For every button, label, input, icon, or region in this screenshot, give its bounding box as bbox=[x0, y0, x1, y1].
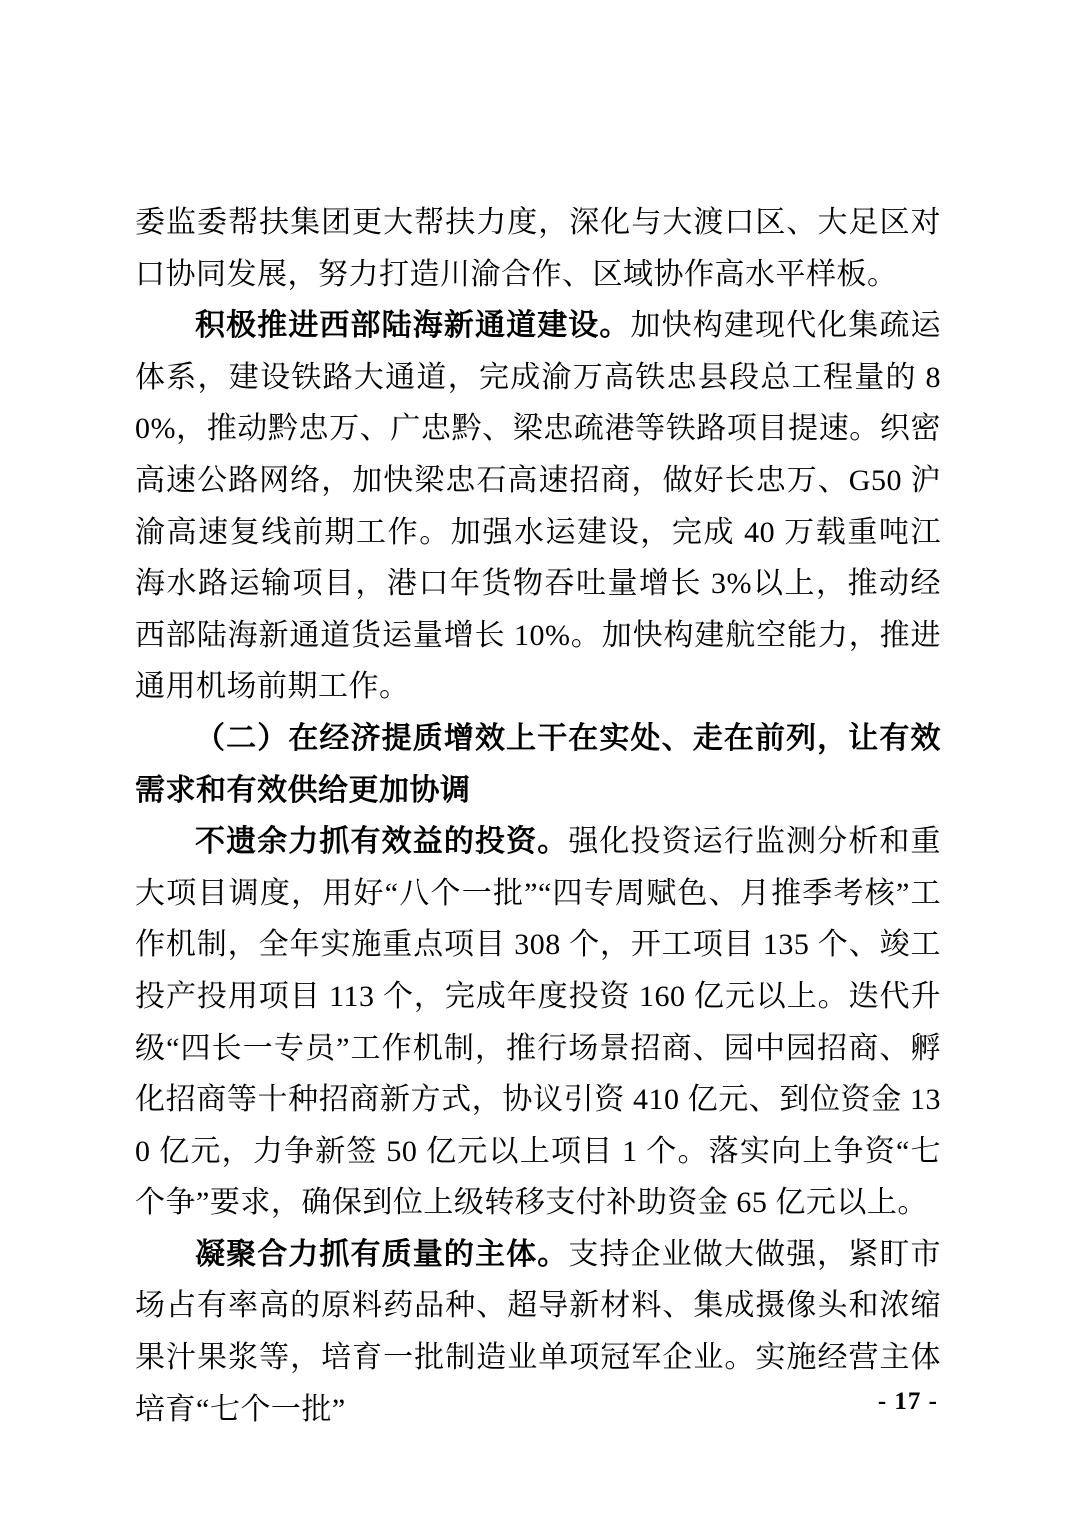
section-heading: （二）在经济提质增效上干在实处、走在前列，让有效需求和有效供给更加协调 bbox=[135, 713, 941, 816]
paragraph: 不遗余力抓有效益的投资。强化投资运行监测分析和重大项目调度，用好“八个一批”“四… bbox=[135, 816, 941, 1229]
paragraph-continuation: 委监委帮扶集团更大帮扶力度，深化与大渡口区、大足区对口协同发展，努力打造川渝合作… bbox=[135, 197, 941, 300]
paragraph-text: 委监委帮扶集团更大帮扶力度，深化与大渡口区、大足区对口协同发展，努力打造川渝合作… bbox=[135, 206, 941, 291]
section-heading-text: （二）在经济提质增效上干在实处、走在前列，让有效需求和有效供给更加协调 bbox=[135, 722, 941, 807]
paragraph: 凝聚合力抓有质量的主体。支持企业做大做强，紧盯市场占有率高的原料药品种、超导新材… bbox=[135, 1229, 941, 1435]
paragraph-text: 加快构建现代化集疏运体系，建设铁路大通道，完成渝万高铁忠县段总工程量的 80%，… bbox=[135, 309, 941, 703]
paragraph-lead: 不遗余力抓有效益的投资。 bbox=[195, 825, 568, 858]
document-body: 委监委帮扶集团更大帮扶力度，深化与大渡口区、大足区对口协同发展，努力打造川渝合作… bbox=[135, 197, 941, 1435]
paragraph-text: 强化投资运行监测分析和重大项目调度，用好“八个一批”“四专周赋色、月推季考核”工… bbox=[135, 825, 941, 1219]
page-number: - 17 - bbox=[878, 1388, 938, 1415]
document-page: 委监委帮扶集团更大帮扶力度，深化与大渡口区、大足区对口协同发展，努力打造川渝合作… bbox=[0, 0, 1074, 1520]
page-footer: - 17 - bbox=[878, 1388, 938, 1416]
paragraph: 积极推进西部陆海新通道建设。加快构建现代化集疏运体系，建设铁路大通道，完成渝万高… bbox=[135, 300, 941, 713]
paragraph-lead: 凝聚合力抓有质量的主体。 bbox=[195, 1238, 568, 1271]
paragraph-lead: 积极推进西部陆海新通道建设。 bbox=[195, 309, 631, 342]
